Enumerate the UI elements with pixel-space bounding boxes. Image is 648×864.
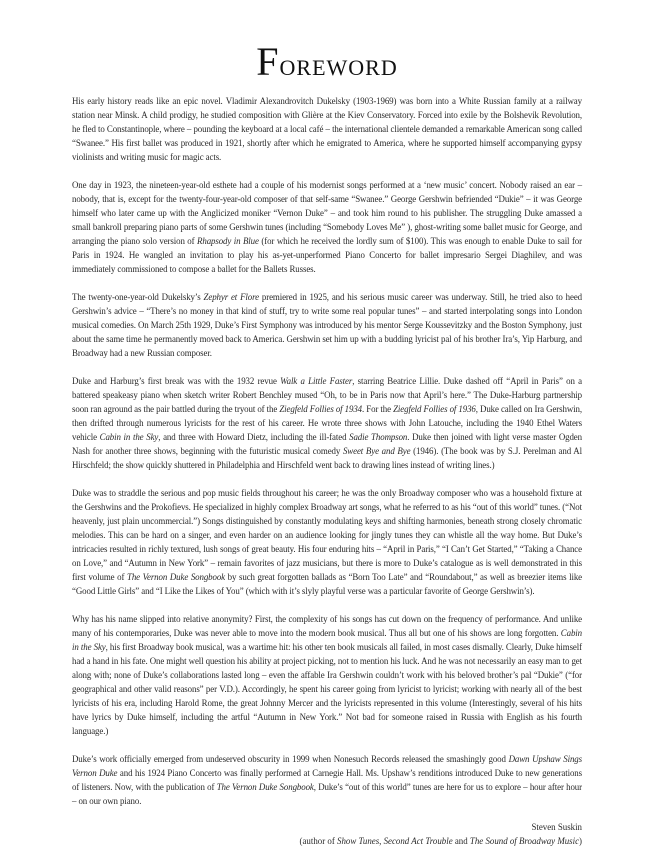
paragraph-6: Why has his name slipped into relative a…: [72, 612, 582, 738]
italic-title: Second Act Trouble: [384, 836, 453, 846]
paragraph-2: One day in 1923, the nineteen-year-old e…: [72, 178, 582, 276]
italic-title: The Sound of Broadway Music: [470, 836, 579, 846]
italic-title: Cabin in the Sky: [100, 432, 159, 442]
italic-title: Show Tunes: [337, 836, 379, 846]
paragraph-4: Duke and Harburg’s first break was with …: [72, 374, 582, 472]
paragraph-7: Duke’s work officially emerged from unde…: [72, 752, 582, 808]
italic-title: The Vernon Duke Songbook: [217, 782, 314, 792]
italic-title: Rhapsody in Blue: [197, 236, 259, 246]
title-rest: oreword: [280, 46, 398, 82]
signature-block: Steven Suskin (author of Show Tunes, Sec…: [72, 820, 582, 848]
foreword-body: His early history reads like an epic nov…: [72, 94, 582, 808]
italic-title: Sadie Thompson: [349, 432, 407, 442]
paragraph-5: Duke was to straddle the serious and pop…: [72, 486, 582, 598]
title-initial: F: [256, 39, 279, 84]
page-title: Foreword: [72, 44, 582, 82]
italic-title: Walk a Little Faster: [280, 376, 352, 386]
author-name: Steven Suskin: [72, 820, 582, 834]
paragraph-1: His early history reads like an epic nov…: [72, 94, 582, 164]
author-credit: (author of Show Tunes, Second Act Troubl…: [72, 834, 582, 848]
italic-title: Ziegfeld Follies of 1936: [393, 404, 476, 414]
italic-title: Ziegfeld Follies of 1934: [279, 404, 362, 414]
italic-title: The Vernon Duke Songbook: [127, 572, 225, 582]
italic-title: Sweet Bye and Bye: [343, 446, 410, 456]
paragraph-3: The twenty-one-year-old Dukelsky’s Zephy…: [72, 290, 582, 360]
italic-title: Zephyr et Flore: [204, 292, 259, 302]
document-page: Foreword His early history reads like an…: [72, 0, 582, 848]
